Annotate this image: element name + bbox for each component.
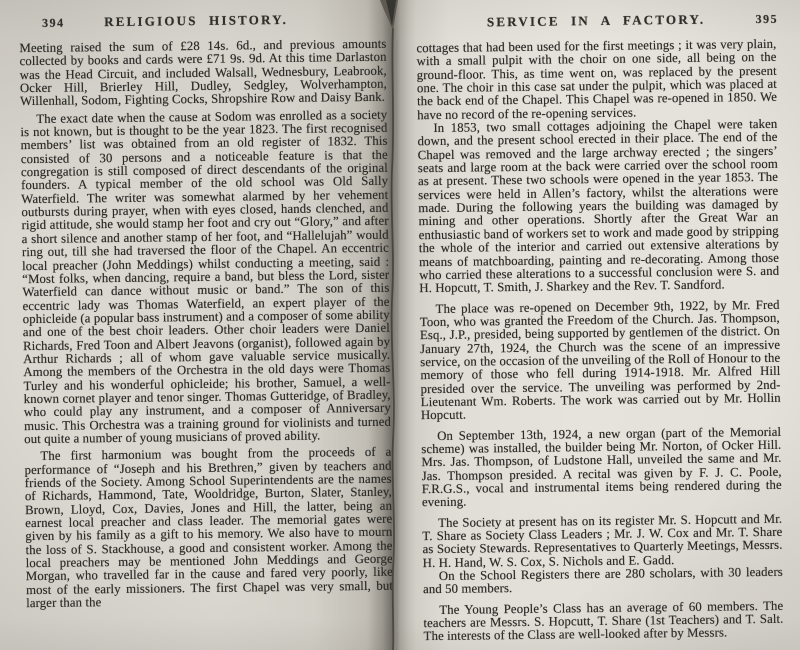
- right-page-header: SERVICE IN A FACTORY. 395: [392, 11, 800, 34]
- right-page-body: cottages that had been used for the firs…: [416, 38, 783, 644]
- left-page-number: 394: [42, 16, 65, 31]
- paragraph: On the School Registers there are 280 sc…: [423, 566, 783, 597]
- book-scan: 394 RELIGIOUS HISTORY. Meeting raised th…: [0, 0, 800, 650]
- right-page-number: 395: [756, 12, 779, 27]
- paragraph: cottages that had been used for the firs…: [416, 38, 777, 122]
- right-running-head: SERVICE IN A FACTORY.: [487, 12, 706, 30]
- paragraph: The Society at present has on its regist…: [422, 512, 783, 570]
- paragraph: Meeting raised the sum of £28 14s. 6d., …: [19, 38, 387, 109]
- paragraph: On September 13th, 1924, a new organ (pa…: [421, 425, 782, 509]
- paragraph: The first harmonium was bought from the …: [24, 446, 393, 611]
- paragraph: The Young People’s Class has an average …: [423, 600, 783, 644]
- right-page: SERVICE IN A FACTORY. 395 cottages that …: [392, 0, 800, 650]
- paragraph: The exact date when the cause at Sodom w…: [20, 108, 391, 446]
- paragraph: The place was re-opened on December 9th,…: [420, 298, 781, 422]
- left-page-body: Meeting raised the sum of £28 14s. 6d., …: [19, 38, 393, 611]
- left-page-header: 394 RELIGIOUS HISTORY.: [0, 11, 392, 34]
- left-page: 394 RELIGIOUS HISTORY. Meeting raised th…: [0, 0, 392, 650]
- paragraph: In 1853, two small cottages adjoining th…: [417, 118, 779, 296]
- left-running-head: RELIGIOUS HISTORY.: [104, 12, 288, 29]
